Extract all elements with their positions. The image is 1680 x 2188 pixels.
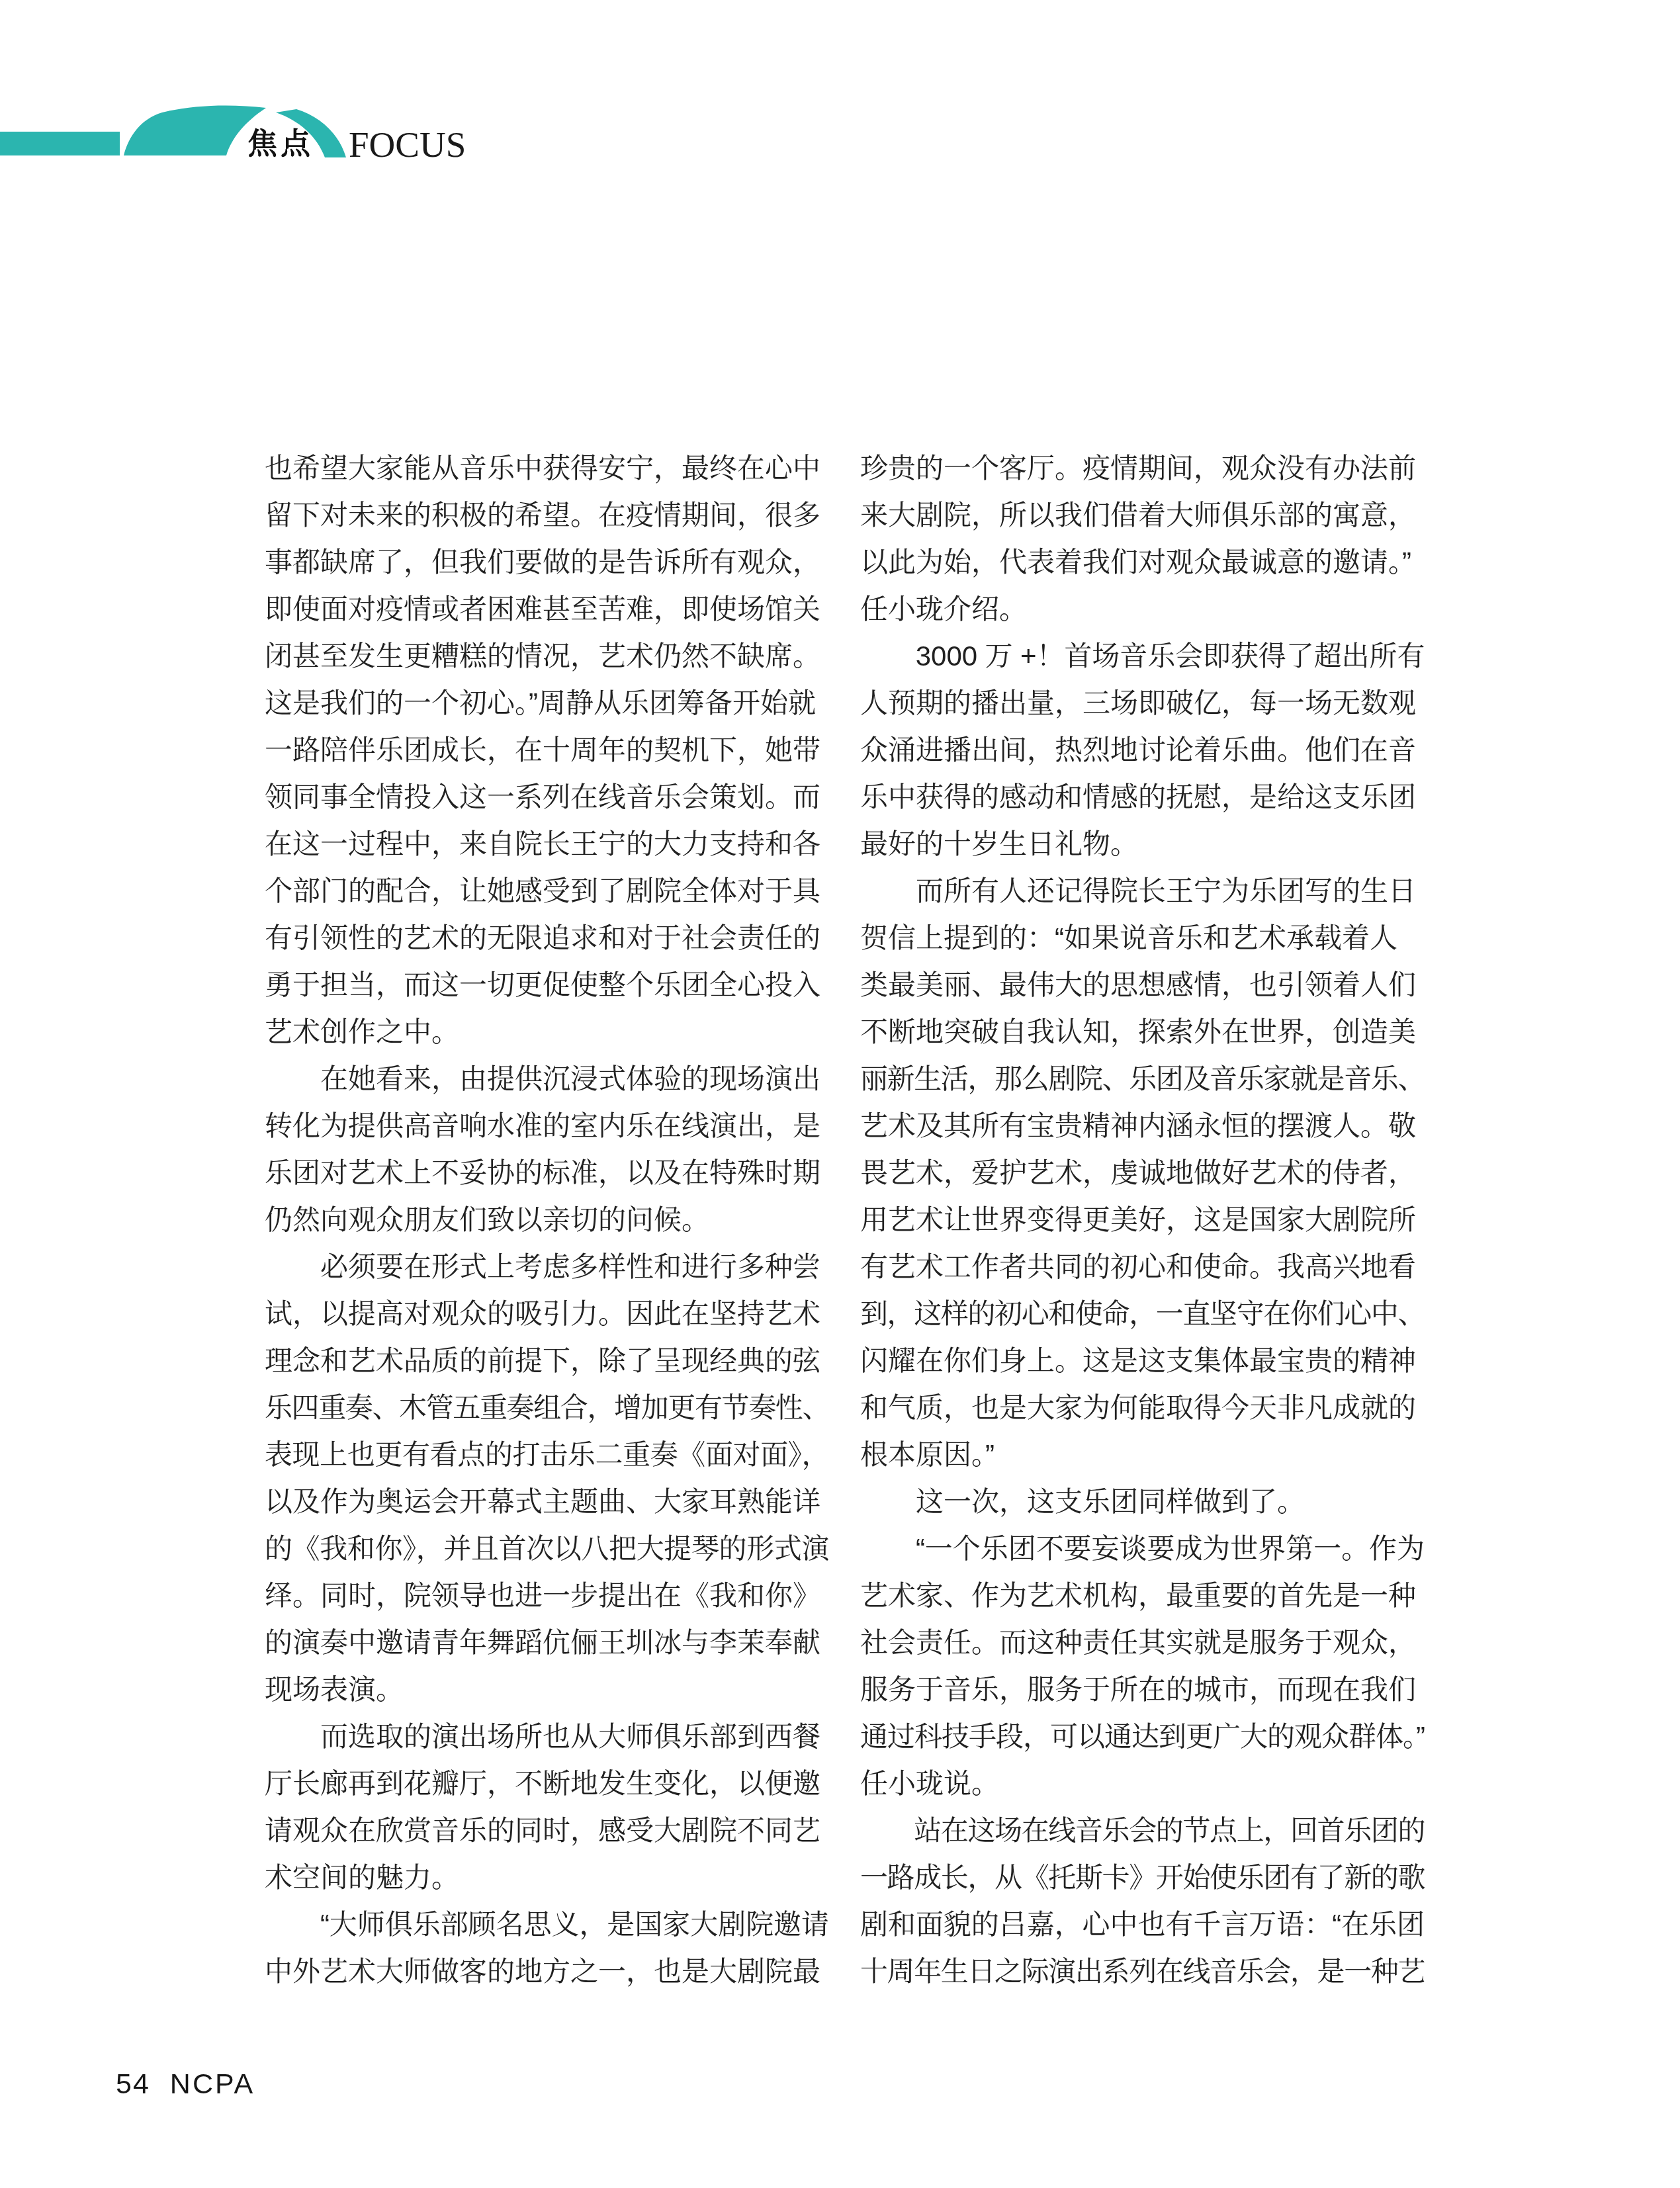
text-line: 中外艺术大师做客的地方之一，也是大剧院最 <box>265 1948 829 1995</box>
page-footer: 54 NCPA <box>116 2068 255 2100</box>
section-title-chinese: 焦点 <box>247 128 314 161</box>
text-line: 的演奏中邀请青年舞蹈伉俪王圳冰与李茉奉献 <box>265 1619 829 1666</box>
text-line: 而选取的演出场所也从大师俱乐部到西餐 <box>265 1713 829 1760</box>
text-line: 而所有人还记得院长王宁为乐团写的生日 <box>860 867 1425 914</box>
text-line: 十周年生日之际演出系列在线音乐会，是一种艺 <box>860 1948 1425 1995</box>
text-line: 领同事全情投入这一系列在线音乐会策划。而 <box>265 773 829 820</box>
text-line: 理念和艺术品质的前提下，除了呈现经典的弦 <box>265 1337 829 1384</box>
text-line: 的《我和你》，并且首次以八把大提琴的形式演 <box>265 1525 829 1572</box>
text-line: 珍贵的一个客厅。疫情期间，观众没有办法前 <box>860 445 1425 492</box>
magazine-page: { "header": { "title_cn": "焦点", "title_e… <box>0 0 1680 2188</box>
text-line: 转化为提供高音响水准的室内乐在线演出，是 <box>265 1102 829 1149</box>
text-line: “大师俱乐部顾名思义，是国家大剧院邀请 <box>265 1901 829 1948</box>
text-line: 艺术家、作为艺术机构，最重要的首先是一种 <box>860 1572 1425 1619</box>
text-line: 乐团对艺术上不妥协的标准，以及在特殊时期 <box>265 1149 829 1196</box>
text-line: 闪耀在你们身上。这是这支集体最宝贵的精神 <box>860 1337 1425 1384</box>
text-line: 众涌进播出间，热烈地讨论着乐曲。他们在音 <box>860 726 1425 773</box>
text-line: 用艺术让世界变得更美好，这是国家大剧院所 <box>860 1196 1425 1243</box>
text-line: 服务于音乐，服务于所在的城市，而现在我们 <box>860 1666 1425 1713</box>
text-line: 现场表演。 <box>265 1666 829 1713</box>
text-line: 和气质，也是大家为何能取得今天非凡成就的 <box>860 1384 1425 1431</box>
text-line: 3000 万 +！首场音乐会即获得了超出所有 <box>860 633 1425 679</box>
text-line: 以此为始，代表着我们对观众最诚意的邀请。” <box>860 539 1425 586</box>
text-line: 有引领性的艺术的无限追求和对于社会责任的 <box>265 914 829 961</box>
text-line: 仍然向观众朋友们致以亲切的问候。 <box>265 1196 829 1243</box>
article-column-right: 珍贵的一个客厅。疫情期间，观众没有办法前来大剧院，所以我们借着大师俱乐部的寓意，… <box>860 445 1425 1995</box>
text-line: 也希望大家能从音乐中获得安宁，最终在心中 <box>265 445 829 492</box>
text-line: 最好的十岁生日礼物。 <box>860 820 1425 867</box>
text-line: 留下对未来的积极的希望。在疫情期间，很多 <box>265 492 829 539</box>
text-line: 表现上也更有看点的打击乐二重奏《面对面》， <box>265 1431 829 1478</box>
text-line: 这是我们的一个初心。”周静从乐团筹备开始就 <box>265 679 829 726</box>
article-column-left: 也希望大家能从音乐中获得安宁，最终在心中留下对未来的积极的希望。在疫情期间，很多… <box>265 445 829 1995</box>
text-line: “一个乐团不要妄谈要成为世界第一。作为 <box>860 1525 1425 1572</box>
text-line: 剧和面貌的吕嘉，心中也有千言万语：“在乐团 <box>860 1901 1425 1948</box>
text-line: 这一次，这支乐团同样做到了。 <box>860 1478 1425 1525</box>
text-line: 以及作为奥运会开幕式主题曲、大家耳熟能详 <box>265 1478 829 1525</box>
text-line: 类最美丽、最伟大的思想感情，也引领着人们 <box>860 961 1425 1008</box>
text-line: 社会责任。而这种责任其实就是服务于观众， <box>860 1619 1425 1666</box>
text-line: 绎。同时，院领导也进一步提出在《我和你》 <box>265 1572 829 1619</box>
page-number: 54 <box>116 2068 150 2100</box>
text-line: 在她看来，由提供沉浸式体验的现场演出 <box>265 1055 829 1102</box>
text-line: 请观众在欣赏音乐的同时，感受大剧院不同艺 <box>265 1807 829 1854</box>
logo-arch-shape <box>124 105 266 155</box>
section-title-english: FOCUS <box>349 126 466 163</box>
logo-bar-shape <box>0 132 120 155</box>
text-line: 乐中获得的感动和情感的抚慰，是给这支乐团 <box>860 773 1425 820</box>
text-line: 厅长廊再到花瓣厅，不断地发生变化，以便邀 <box>265 1760 829 1807</box>
text-line: 事都缺席了，但我们要做的是告诉所有观众， <box>265 539 829 586</box>
text-line: 任小珑介绍。 <box>860 586 1425 633</box>
text-line: 术空间的魅力。 <box>265 1854 829 1901</box>
journal-abbrev: NCPA <box>170 2068 255 2100</box>
text-line: 丽新生活，那么剧院、乐团及音乐家就是音乐、 <box>860 1055 1425 1102</box>
text-line: 不断地突破自我认知，探索外在世界，创造美 <box>860 1008 1425 1055</box>
text-line: 试，以提高对观众的吸引力。因此在坚持艺术 <box>265 1290 829 1337</box>
text-line: 人预期的播出量，三场即破亿，每一场无数观 <box>860 679 1425 726</box>
text-line: 有艺术工作者共同的初心和使命。我高兴地看 <box>860 1243 1425 1290</box>
text-line: 乐四重奏、木管五重奏组合，增加更有节奏性、 <box>265 1384 829 1431</box>
text-line: 必须要在形式上考虑多样性和进行多种尝 <box>265 1243 829 1290</box>
text-line: 个部门的配合，让她感受到了剧院全体对于具 <box>265 867 829 914</box>
text-line: 即使面对疫情或者困难甚至苦难，即使场馆关 <box>265 586 829 633</box>
text-line: 艺术创作之中。 <box>265 1008 829 1055</box>
text-line: 勇于担当，而这一切更促使整个乐团全心投入 <box>265 961 829 1008</box>
text-line: 任小珑说。 <box>860 1760 1425 1807</box>
text-line: 贺信上提到的：“如果说音乐和艺术承载着人 <box>860 914 1425 961</box>
text-line: 闭甚至发生更糟糕的情况，艺术仍然不缺席。 <box>265 633 829 679</box>
text-line: 来大剧院，所以我们借着大师俱乐部的寓意， <box>860 492 1425 539</box>
text-line: 畏艺术，爱护艺术，虔诚地做好艺术的侍者， <box>860 1149 1425 1196</box>
text-line: 站在这场在线音乐会的节点上，回首乐团的 <box>860 1807 1425 1854</box>
text-line: 到，这样的初心和使命，一直坚守在你们心中、 <box>860 1290 1425 1337</box>
text-line: 一路成长，从《托斯卡》开始使乐团有了新的歌 <box>860 1854 1425 1901</box>
text-line: 在这一过程中，来自院长王宁的大力支持和各 <box>265 820 829 867</box>
text-line: 通过科技手段，可以通达到更广大的观众群体。” <box>860 1713 1425 1760</box>
text-line: 艺术及其所有宝贵精神内涵永恒的摆渡人。敬 <box>860 1102 1425 1149</box>
text-line: 根本原因。” <box>860 1431 1425 1478</box>
text-line: 一路陪伴乐团成长，在十周年的契机下，她带 <box>265 726 829 773</box>
